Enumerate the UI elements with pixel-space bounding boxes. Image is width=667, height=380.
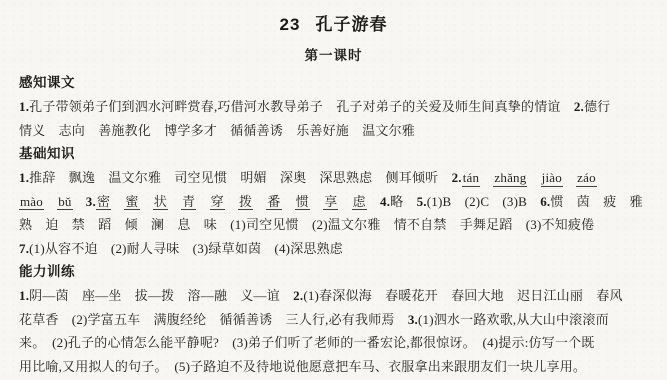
lesson-number: 23 <box>280 15 301 34</box>
answer-line: 7.(1)从容不迫 (2)耐人寻味 (3)绿草如茵 (4)深思熟虑 <box>19 237 648 261</box>
answer-text: 推辞 飘逸 温文尔雅 司空见惯 明媚 深奥 深思熟虑 侧耳倾听 <box>29 170 451 185</box>
answer-text <box>225 194 238 209</box>
item-number: 6. <box>540 194 550 209</box>
answer-text <box>44 194 57 209</box>
answer-text <box>310 194 323 209</box>
answer-text <box>480 170 493 185</box>
answer-text <box>563 170 576 185</box>
answer-text <box>168 194 181 209</box>
underlined-answer: 享 <box>323 194 338 211</box>
lesson-name: 孔子游春 <box>315 15 387 34</box>
answer-text: 孔子带领弟子们到泗水河畔赏春,巧借河水教导弟子 孔子对弟子的关爱及师生间真挚的情… <box>29 99 574 114</box>
section: 基础知识1.推辞 飘逸 温文尔雅 司空见惯 明媚 深奥 深思熟虑 侧耳倾听 2.… <box>19 143 648 260</box>
underlined-answer: 拨 <box>238 194 253 211</box>
underlined-answer: 穿 <box>210 194 225 211</box>
answer-text: 惯 茵 疲 雅 <box>550 194 642 209</box>
section: 能力训练1.阴—茵 座—坐 拔—拨 溶—融 义—谊 2.(1)春深似海 春暖花开… <box>19 261 648 378</box>
underlined-answer: jiào <box>541 170 563 187</box>
answer-text: 来。 (2)孔子的心情怎么能平静呢? (3)弟子们听了老师的一番宏论,都很惊讶。… <box>19 335 595 350</box>
answer-sections: 感知课文1.孔子带领弟子们到泗水河畔赏春,巧借河水教导弟子 孔子对弟子的关爱及师… <box>19 72 648 378</box>
underlined-answer: 虑 <box>352 194 367 211</box>
answer-text: 花草香 (2)学富五车 满腹经纶 循循善诱 三人行,必有我师焉 <box>19 312 408 327</box>
answer-text: 阴—茵 座—坐 拔—拨 溶—融 义—谊 <box>29 288 293 303</box>
underlined-answer: 番 <box>266 194 281 211</box>
worksheet-page: 23孔子游春 第一课时 感知课文1.孔子带领弟子们到泗水河畔赏春,巧借河水教导弟… <box>0 0 667 380</box>
underlined-answer: zhǎng <box>493 170 527 187</box>
answer-text <box>73 194 86 209</box>
answer-text <box>282 194 295 209</box>
underlined-answer: záo <box>576 170 597 187</box>
answer-line: 熟 迫 禁 蹈 倾 澜 息 味 (1)司空见惯 (2)温文尔雅 情不自禁 手舞足… <box>19 213 648 237</box>
answer-text: (1)泗水一路欢歌,从大山中滚滚而 <box>418 312 609 327</box>
underlined-answer: 蜜 <box>124 194 139 211</box>
item-number: 3. <box>86 194 96 209</box>
item-number: 5. <box>417 194 427 209</box>
answer-text: 情义 志向 善施教化 博学多才 循循善诱 乐善好施 温文尔雅 <box>19 123 415 138</box>
section-heading: 能力训练 <box>19 261 648 283</box>
session-title: 第一课时 <box>19 44 648 64</box>
underlined-answer: 状 <box>153 194 168 211</box>
item-number: 1. <box>19 170 29 185</box>
answer-text: 熟 迫 禁 蹈 倾 澜 息 味 (1)司空见惯 (2)温文尔雅 情不自禁 手舞足… <box>19 217 594 232</box>
answer-line: 1.推辞 飘逸 温文尔雅 司空见惯 明媚 深奥 深思熟虑 侧耳倾听 2.tán … <box>19 166 648 190</box>
answer-text: (1)B (2)C (3)B <box>427 194 541 209</box>
answer-text: (1)春深似海 春暖花开 春回大地 迟日江山丽 春风 <box>303 288 622 303</box>
answer-text: (1)从容不迫 (2)耐人寻味 (3)绿草如茵 (4)深思熟虑 <box>29 241 343 256</box>
item-number: 1. <box>19 288 29 303</box>
answer-line: 用比喻,又用拟人的句子。 (5)子路迫不及待地说他愿意把车马、衣服拿出来跟朋友们… <box>19 355 648 379</box>
answer-text: 德行 <box>584 99 610 114</box>
answer-text: 略 <box>390 194 416 209</box>
answer-text <box>111 194 124 209</box>
answer-text <box>140 194 153 209</box>
answer-line: 1.孔子带领弟子们到泗水河畔赏春,巧借河水教导弟子 孔子对弟子的关爱及师生间真挚… <box>19 95 648 119</box>
item-number: 3. <box>408 312 418 327</box>
answer-text <box>527 170 540 185</box>
item-number: 7. <box>19 241 29 256</box>
answer-text <box>338 194 351 209</box>
answer-text <box>196 194 209 209</box>
answer-text <box>367 194 380 209</box>
section-heading: 感知课文 <box>19 72 648 94</box>
underlined-answer: 密 <box>96 194 111 211</box>
underlined-answer: tán <box>462 170 480 187</box>
item-number: 2. <box>293 288 303 303</box>
answer-line: 情义 志向 善施教化 博学多才 循循善诱 乐善好施 温文尔雅 <box>19 119 648 143</box>
underlined-answer: mào <box>19 194 44 211</box>
section: 感知课文1.孔子带领弟子们到泗水河畔赏春,巧借河水教导弟子 孔子对弟子的关爱及师… <box>19 72 648 142</box>
answer-line: 花草香 (2)学富五车 满腹经纶 循循善诱 三人行,必有我师焉 3.(1)泗水一… <box>19 308 648 332</box>
underlined-answer: 惯 <box>295 194 310 211</box>
item-number: 4. <box>380 194 390 209</box>
section-heading: 基础知识 <box>19 143 648 165</box>
item-number: 2. <box>574 99 584 114</box>
underlined-answer: bǔ <box>57 194 72 211</box>
answer-line: mào bǔ 3.密 蜜 状 青 穿 拨 番 惯 享 虑 4.略 5.(1)B … <box>19 190 648 214</box>
underlined-answer: 青 <box>181 194 196 211</box>
answer-line: 1.阴—茵 座—坐 拔—拨 溶—融 义—谊 2.(1)春深似海 春暖花开 春回大… <box>19 284 648 308</box>
answer-line: 来。 (2)孔子的心情怎么能平静呢? (3)弟子们听了老师的一番宏论,都很惊讶。… <box>19 331 648 355</box>
lesson-title: 23孔子游春 <box>19 10 648 35</box>
answer-text <box>253 194 266 209</box>
item-number: 2. <box>452 170 462 185</box>
item-number: 1. <box>19 99 29 114</box>
answer-text: 用比喻,又用拟人的句子。 (5)子路迫不及待地说他愿意把车马、衣服拿出来跟朋友们… <box>19 359 586 374</box>
